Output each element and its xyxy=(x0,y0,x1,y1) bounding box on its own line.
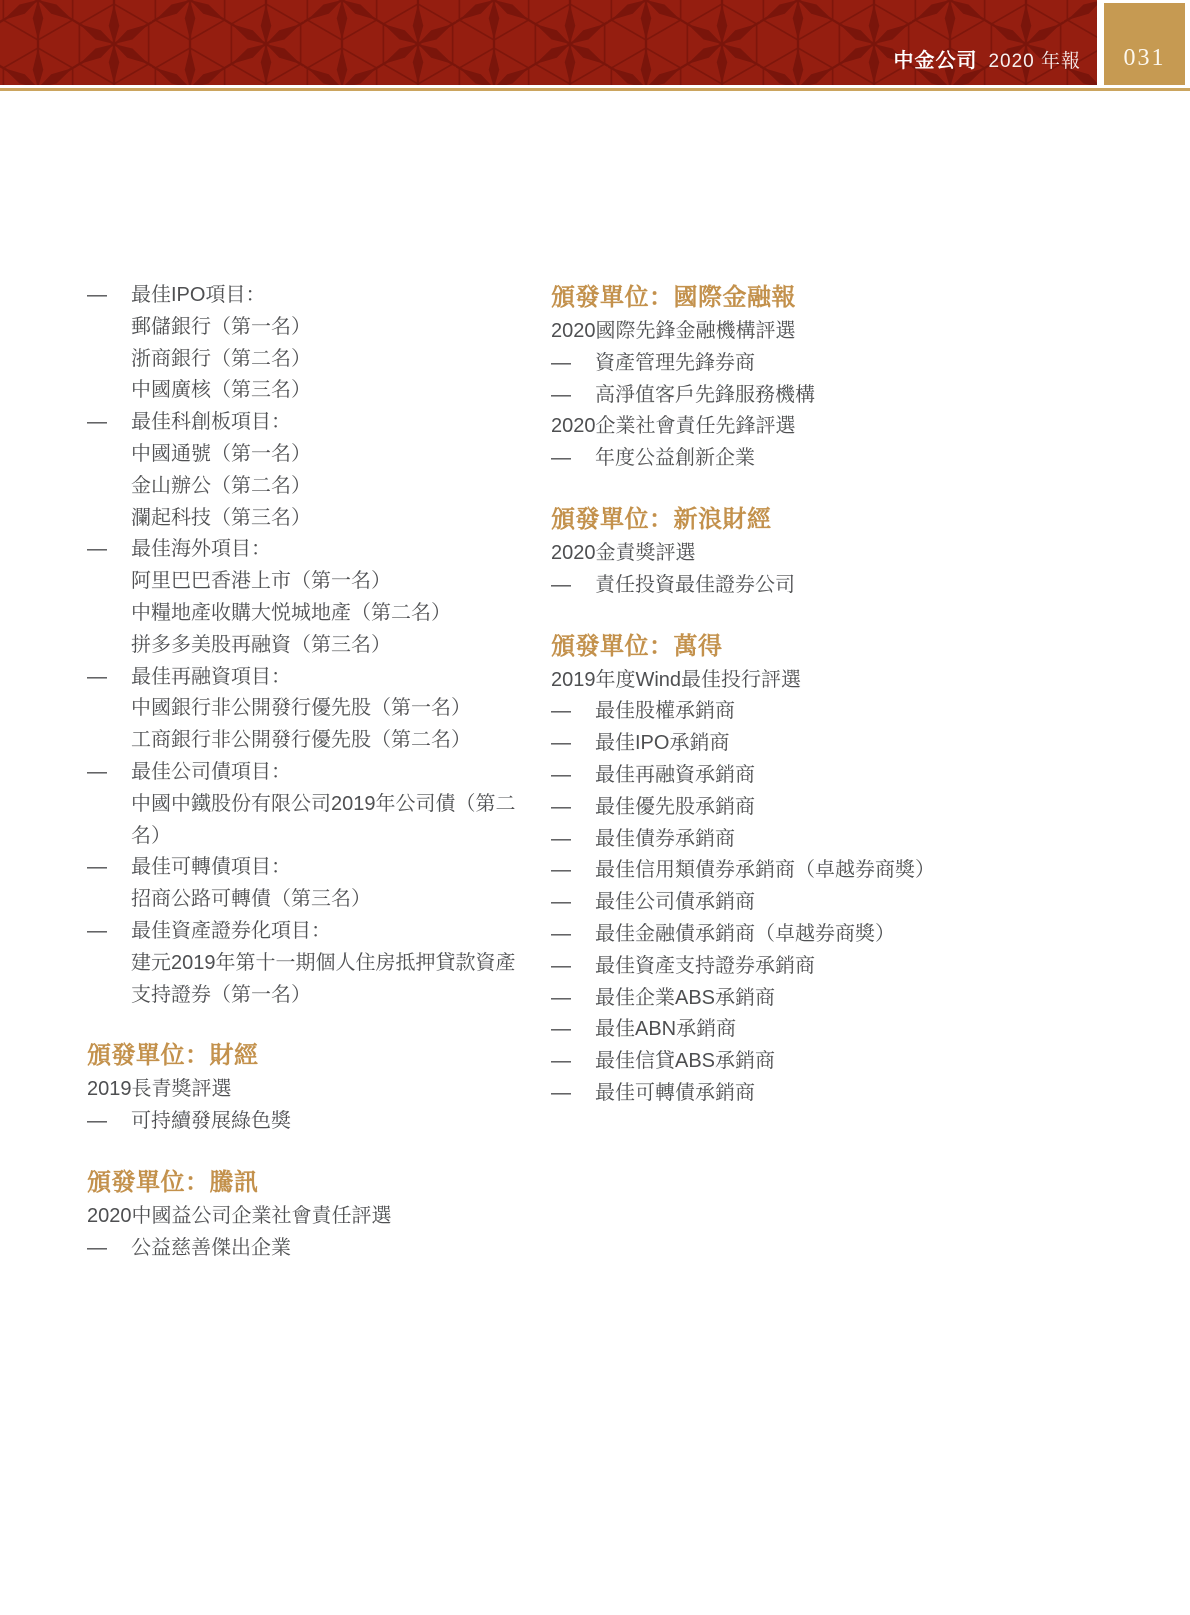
award-group-line: 2020國際先鋒金融機構評選 xyxy=(551,316,1021,348)
award-item-label: 最佳再融資承銷商 xyxy=(595,760,755,792)
dash-bullet: — xyxy=(87,662,131,694)
award-item-continuation: 瀾起科技（第三名） xyxy=(131,503,557,535)
award-item-label: 最佳股權承銷商 xyxy=(595,696,735,728)
award-item-label: 最佳公司債項目： xyxy=(131,757,291,789)
award-item: —高淨值客戶先鋒服務機構 xyxy=(551,380,1021,412)
award-item: —最佳信貸ABS承銷商 xyxy=(551,1046,1021,1078)
award-item-label: 最佳可轉債項目： xyxy=(131,852,291,884)
right-column: 頒發單位：國際金融報2020國際先鋒金融機構評選—資產管理先鋒券商—高淨值客戶先… xyxy=(551,280,1021,1110)
dash-bullet: — xyxy=(551,1046,595,1078)
dash-bullet: — xyxy=(87,852,131,884)
award-item: —最佳再融資承銷商 xyxy=(551,760,1021,792)
award-group-line: 2020中國益公司企業社會責任評選 xyxy=(87,1201,557,1233)
award-issuer-heading: 頒發單位：國際金融報 xyxy=(551,280,1021,316)
page-number-box: 031 xyxy=(1104,3,1185,85)
award-issuer-heading: 頒發單位：萬得 xyxy=(551,629,1021,665)
award-item-label: 最佳海外項目： xyxy=(131,534,271,566)
award-group-line: 2019長青獎評選 xyxy=(87,1074,557,1106)
award-item-label: 最佳資產證券化項目： xyxy=(131,916,331,948)
award-item-continuation: 中國中鐵股份有限公司2019年公司債（第二 xyxy=(131,789,557,821)
dash-bullet: — xyxy=(551,1014,595,1046)
award-item-label: 最佳信用類債券承銷商（卓越券商獎） xyxy=(595,855,935,887)
dash-bullet: — xyxy=(551,728,595,760)
award-item-label: 最佳公司債承銷商 xyxy=(595,887,755,919)
award-item-label: 最佳債券承銷商 xyxy=(595,824,735,856)
award-issuer-heading: 頒發單位：財經 xyxy=(87,1038,557,1074)
award-item-label: 年度公益創新企業 xyxy=(595,443,755,475)
award-item: —最佳股權承銷商 xyxy=(551,696,1021,728)
award-item: —年度公益創新企業 xyxy=(551,443,1021,475)
award-item-continuation: 建元2019年第十一期個人住房抵押貸款資產 xyxy=(131,948,557,980)
award-item: —資產管理先鋒券商 xyxy=(551,348,1021,380)
dash-bullet: — xyxy=(551,760,595,792)
dash-bullet: — xyxy=(551,380,595,412)
dash-bullet: — xyxy=(551,792,595,824)
award-item-continuation: 支持證券（第一名） xyxy=(131,980,557,1012)
award-item-continuation: 郵儲銀行（第一名） xyxy=(131,312,557,344)
company-name: 中金公司 xyxy=(893,50,977,72)
dash-bullet: — xyxy=(551,824,595,856)
award-item-label: 資產管理先鋒券商 xyxy=(595,348,755,380)
award-item-continuation: 金山辦公（第二名） xyxy=(131,471,557,503)
award-item: —可持續發展綠色獎 xyxy=(87,1106,557,1138)
dash-bullet: — xyxy=(551,887,595,919)
dash-bullet: — xyxy=(551,443,595,475)
award-item: —最佳IPO項目： xyxy=(87,280,557,312)
award-item-label: 最佳IPO項目： xyxy=(131,280,265,312)
award-item-continuation: 招商公路可轉債（第三名） xyxy=(131,884,557,916)
award-item-continuation: 拼多多美股再融資（第三名） xyxy=(131,630,557,662)
dash-bullet: — xyxy=(87,757,131,789)
award-issuer-heading: 頒發單位：新浪財經 xyxy=(551,502,1021,538)
dash-bullet: — xyxy=(551,1078,595,1110)
award-item: —最佳ABN承銷商 xyxy=(551,1014,1021,1046)
award-item: —最佳優先股承銷商 xyxy=(551,792,1021,824)
report-title: 中金公司2020 年報 xyxy=(893,44,1081,73)
page-number: 031 xyxy=(1124,45,1166,72)
award-item: —最佳金融債承銷商（卓越券商獎） xyxy=(551,919,1021,951)
award-item: —最佳債券承銷商 xyxy=(551,824,1021,856)
award-item-label: 最佳ABN承銷商 xyxy=(595,1014,736,1046)
award-item: —最佳可轉債承銷商 xyxy=(551,1078,1021,1110)
award-issuer-heading: 頒發單位：騰訊 xyxy=(87,1165,557,1201)
award-item-continuation: 中國銀行非公開發行優先股（第一名） xyxy=(131,693,557,725)
award-item: —公益慈善傑出企業 xyxy=(87,1233,557,1265)
dash-bullet: — xyxy=(551,348,595,380)
award-item-continuation: 中國通號（第一名） xyxy=(131,439,557,471)
award-item: —最佳公司債項目： xyxy=(87,757,557,789)
gold-rule-divider xyxy=(0,88,1190,91)
award-item-label: 可持續發展綠色獎 xyxy=(131,1106,291,1138)
award-item-label: 公益慈善傑出企業 xyxy=(131,1233,291,1265)
award-item: —最佳信用類債券承銷商（卓越券商獎） xyxy=(551,855,1021,887)
award-item: —最佳企業ABS承銷商 xyxy=(551,983,1021,1015)
dash-bullet: — xyxy=(551,983,595,1015)
award-item: —責任投資最佳證券公司 xyxy=(551,570,1021,602)
award-item-label: 最佳科創板項目： xyxy=(131,407,291,439)
award-item-label: 最佳金融債承銷商（卓越券商獎） xyxy=(595,919,895,951)
award-item: —最佳可轉債項目： xyxy=(87,852,557,884)
left-column: —最佳IPO項目：郵儲銀行（第一名）浙商銀行（第二名）中國廣核（第三名）—最佳科… xyxy=(87,280,557,1265)
award-item: —最佳海外項目： xyxy=(87,534,557,566)
award-item-continuation: 工商銀行非公開發行優先股（第二名） xyxy=(131,725,557,757)
award-item-label: 最佳再融資項目： xyxy=(131,662,291,694)
award-group-line: 2020金責獎評選 xyxy=(551,538,1021,570)
dash-bullet: — xyxy=(87,1233,131,1265)
dash-bullet: — xyxy=(87,1106,131,1138)
award-item-label: 最佳信貸ABS承銷商 xyxy=(595,1046,775,1078)
dash-bullet: — xyxy=(551,951,595,983)
dash-bullet: — xyxy=(87,407,131,439)
award-item: —最佳資產支持證券承銷商 xyxy=(551,951,1021,983)
award-item-continuation: 浙商銀行（第二名） xyxy=(131,344,557,376)
award-item-continuation: 中糧地產收購大悦城地產（第二名） xyxy=(131,598,557,630)
award-item: —最佳公司債承銷商 xyxy=(551,887,1021,919)
award-item-label: 最佳可轉債承銷商 xyxy=(595,1078,755,1110)
award-item: —最佳再融資項目： xyxy=(87,662,557,694)
dash-bullet: — xyxy=(87,916,131,948)
award-item-label: 最佳IPO承銷商 xyxy=(595,728,729,760)
award-item: —最佳IPO承銷商 xyxy=(551,728,1021,760)
dash-bullet: — xyxy=(87,280,131,312)
award-item-label: 高淨值客戶先鋒服務機構 xyxy=(595,380,815,412)
award-item-label: 最佳資產支持證券承銷商 xyxy=(595,951,815,983)
dash-bullet: — xyxy=(551,696,595,728)
award-item-label: 最佳企業ABS承銷商 xyxy=(595,983,775,1015)
award-item-label: 責任投資最佳證券公司 xyxy=(595,570,795,602)
award-group-line: 2020企業社會責任先鋒評選 xyxy=(551,411,1021,443)
award-group-line: 2019年度Wind最佳投行評選 xyxy=(551,665,1021,697)
award-item-continuation: 名） xyxy=(131,821,557,853)
dash-bullet: — xyxy=(551,570,595,602)
header-banner: 中金公司2020 年報 xyxy=(0,0,1097,85)
dash-bullet: — xyxy=(87,534,131,566)
dash-bullet: — xyxy=(551,855,595,887)
award-item: —最佳科創板項目： xyxy=(87,407,557,439)
annual-report-page: 中金公司2020 年報 031 —最佳IPO項目：郵儲銀行（第一名）浙商銀行（第… xyxy=(0,0,1190,1615)
award-item-continuation: 中國廣核（第三名） xyxy=(131,375,557,407)
report-edition: 2020 年報 xyxy=(988,51,1081,72)
award-item-label: 最佳優先股承銷商 xyxy=(595,792,755,824)
award-item: —最佳資產證券化項目： xyxy=(87,916,557,948)
dash-bullet: — xyxy=(551,919,595,951)
award-item-continuation: 阿里巴巴香港上市（第一名） xyxy=(131,566,557,598)
